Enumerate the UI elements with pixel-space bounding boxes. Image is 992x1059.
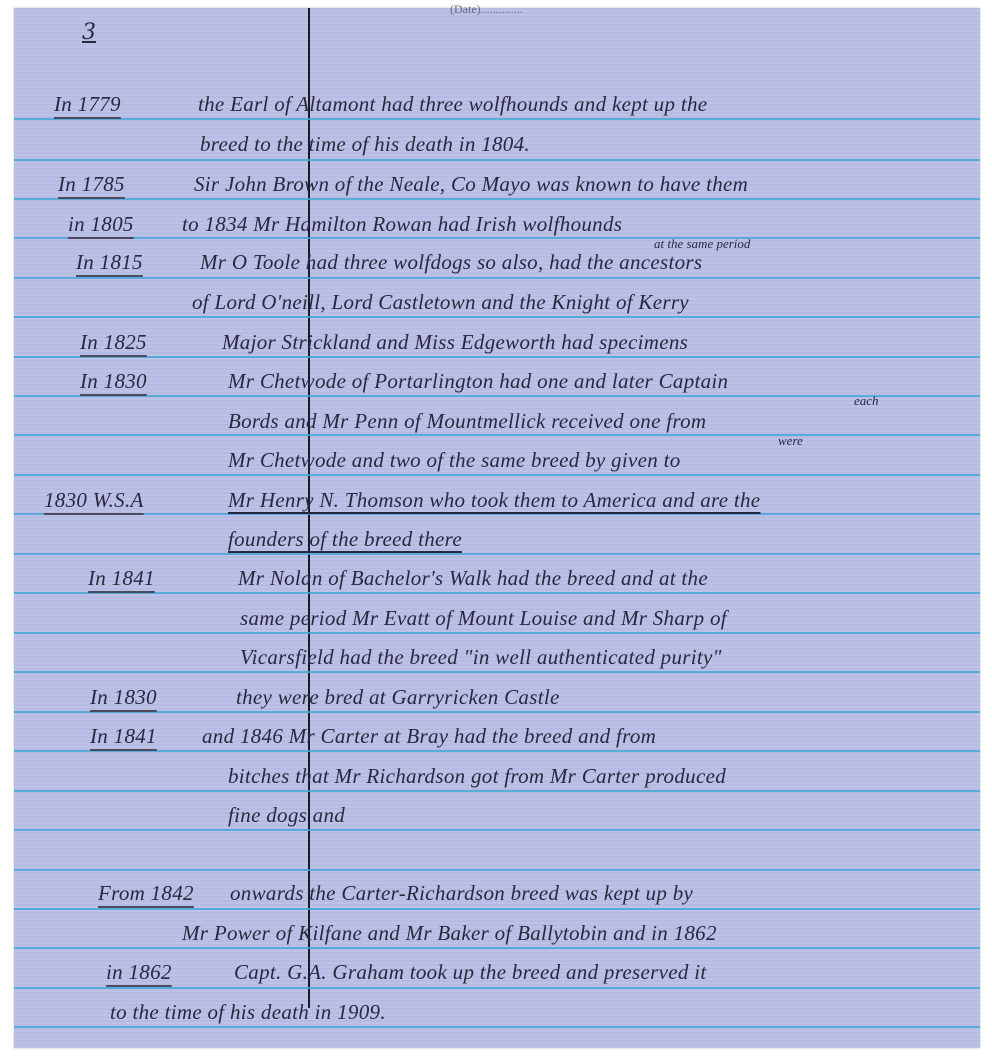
entry-line: Capt. G.A. Graham took up the breed and … xyxy=(234,960,706,985)
ruled-line xyxy=(14,829,980,831)
ruled-line xyxy=(14,316,980,318)
ruled-line xyxy=(14,356,980,358)
page-number: 3 xyxy=(82,20,96,45)
entry-line: onwards the Carter-Richardson breed was … xyxy=(230,881,693,906)
ruled-line xyxy=(14,277,980,279)
entry-date: From 1842 xyxy=(98,881,194,906)
entry-line: Mr Henry N. Thomson who took them to Ame… xyxy=(228,488,760,513)
entry-date: 1830 W.S.A xyxy=(44,488,144,513)
entry-line: Mr Chetwode and two of the same breed by… xyxy=(228,448,681,473)
ruled-line xyxy=(14,237,980,239)
ruled-line xyxy=(14,947,980,949)
entry-date: In 1785 xyxy=(58,172,125,197)
entry-date: In 1841 xyxy=(90,724,157,749)
ruled-line xyxy=(14,474,980,476)
entry-line: Bords and Mr Penn of Mountmellick receiv… xyxy=(228,409,706,434)
ruled-line xyxy=(14,671,980,673)
entry-line: fine dogs and xyxy=(228,803,345,828)
ruled-line xyxy=(14,632,980,634)
entry-line: and 1846 Mr Carter at Bray had the breed… xyxy=(202,724,656,749)
entry-line: bitches that Mr Richardson got from Mr C… xyxy=(228,764,726,789)
ruled-line xyxy=(14,711,980,713)
entry-date: In 1841 xyxy=(88,566,155,591)
entry-line: they were bred at Garryricken Castle xyxy=(236,685,560,710)
ruled-line xyxy=(14,434,980,436)
entry-date: in 1805 xyxy=(68,212,134,237)
entry-line: Vicarsfield had the breed "in well authe… xyxy=(240,645,722,670)
entry-date: In 1815 xyxy=(76,250,143,275)
letter-page: (Date).............. 3 In 1779 the Earl … xyxy=(14,8,980,1048)
entry-line: the Earl of Altamont had three wolfhound… xyxy=(198,92,707,117)
ruled-line xyxy=(14,790,980,792)
entry-line: of Lord O'neill, Lord Castletown and the… xyxy=(192,290,689,315)
entry-line: founders of the breed there xyxy=(228,527,462,552)
entry-line: same period Mr Evatt of Mount Louise and… xyxy=(240,606,727,631)
printed-date-header: (Date).............. xyxy=(450,2,523,17)
ruled-line xyxy=(14,869,980,871)
entry-line: Sir John Brown of the Neale, Co Mayo was… xyxy=(194,172,748,197)
entry-line: Mr Power of Kilfane and Mr Baker of Ball… xyxy=(182,921,717,946)
ruled-line xyxy=(14,987,980,989)
entry-date: In 1825 xyxy=(80,330,147,355)
ruled-line xyxy=(14,159,980,161)
interlinear-insertion: were xyxy=(778,433,803,449)
ruled-line xyxy=(14,592,980,594)
ruled-line xyxy=(14,395,980,397)
entry-date: In 1830 xyxy=(90,685,157,710)
entry-line: breed to the time of his death in 1804. xyxy=(200,132,530,157)
interlinear-insertion: each xyxy=(854,393,879,409)
entry-line: Mr O Toole had three wolfdogs so also, h… xyxy=(200,250,702,275)
entry-line: to 1834 Mr Hamilton Rowan had Irish wolf… xyxy=(182,212,622,237)
ruled-line xyxy=(14,553,980,555)
entry-line: Major Strickland and Miss Edgeworth had … xyxy=(222,330,688,355)
ruled-line xyxy=(14,1026,980,1028)
entry-line: Mr Chetwode of Portarlington had one and… xyxy=(228,369,728,394)
entry-line: to the time of his death in 1909. xyxy=(110,1000,386,1025)
entry-date: In 1830 xyxy=(80,369,147,394)
entry-date: in 1862 xyxy=(106,960,172,985)
ruled-line xyxy=(14,118,980,120)
ruled-line xyxy=(14,198,980,200)
entry-line: Mr Nolan of Bachelor's Walk had the bree… xyxy=(238,566,708,591)
ruled-line xyxy=(14,908,980,910)
entry-date: In 1779 xyxy=(54,92,121,117)
ruled-line xyxy=(14,750,980,752)
ruled-line xyxy=(14,513,980,515)
